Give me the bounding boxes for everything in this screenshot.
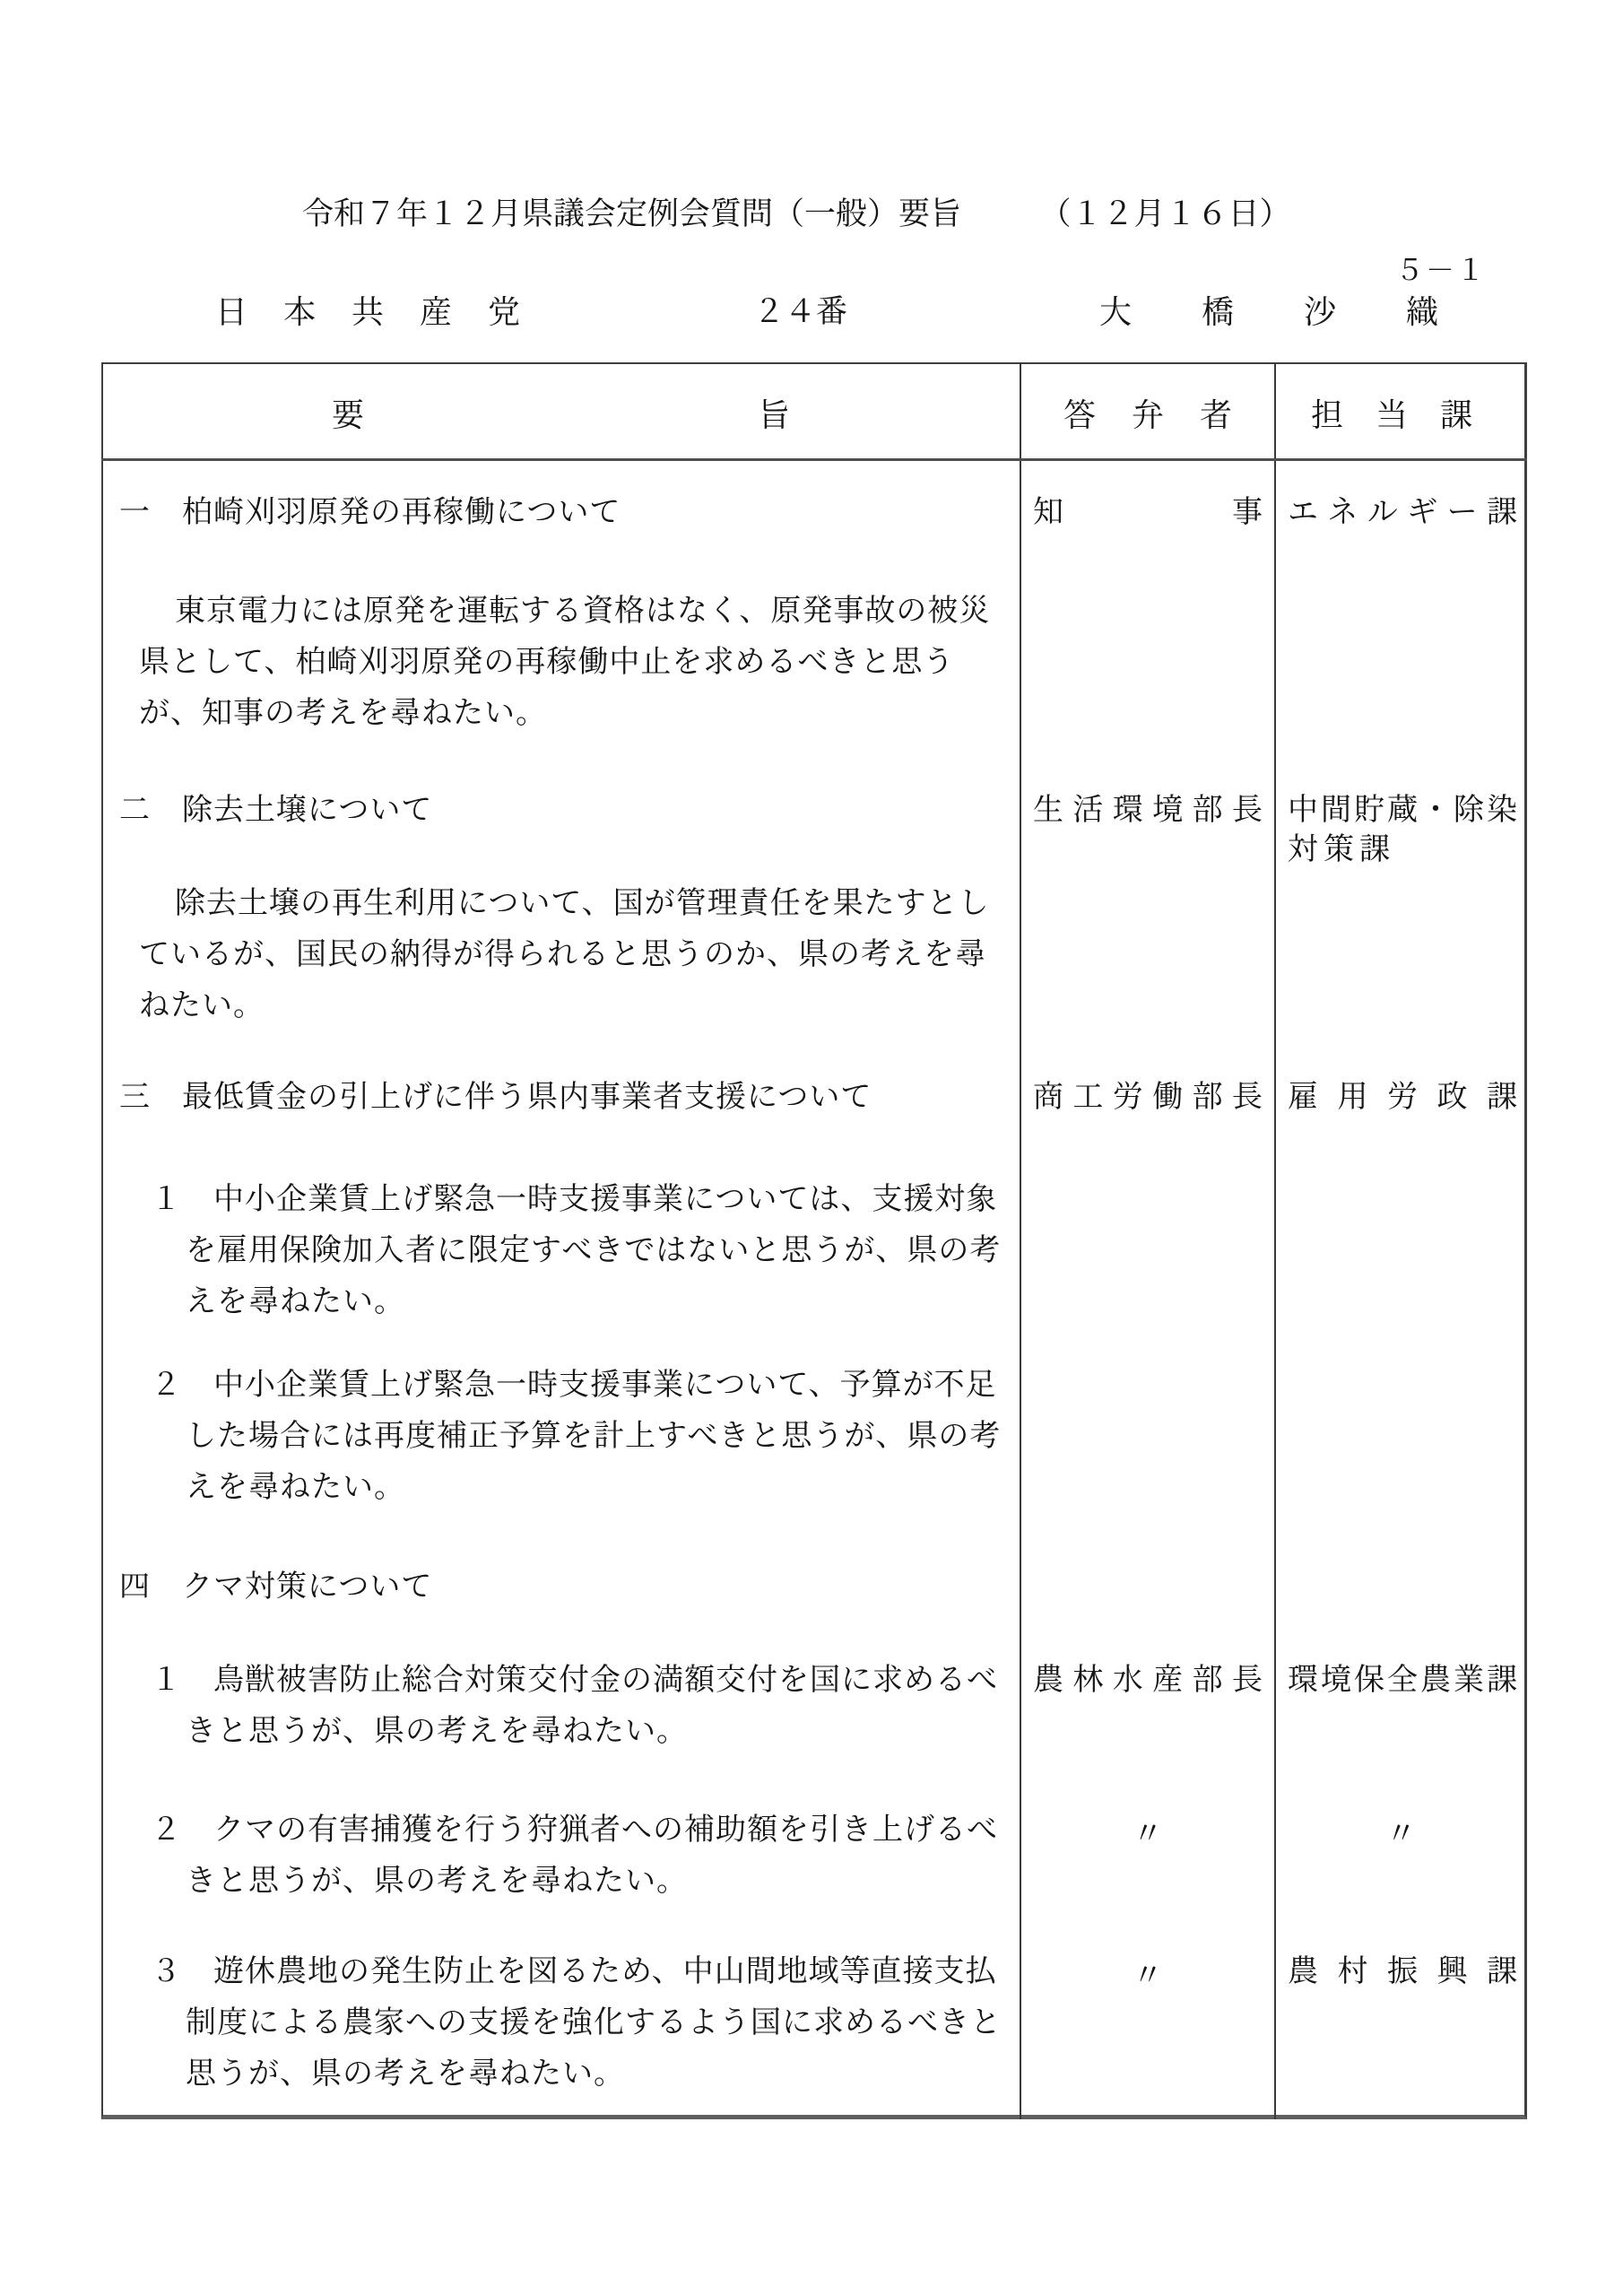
answerer-cell: 商工労働部長 <box>1033 1082 1263 1112</box>
summary-line: を雇用保険加入者に限定すべきではないと思うが、県の考 <box>186 1235 1001 1265</box>
header-answerer: 答弁者 <box>1063 400 1232 432</box>
summary-line: 制度による農家への支援を強化するよう国に求めるべきと <box>186 2007 1002 2038</box>
column-divider-answerer <box>1020 362 1021 2119</box>
summary-line: 思うが、県の考えを尋ねたい。 <box>186 2058 625 2089</box>
department-cell: 環境保全農業課 <box>1288 1665 1517 1695</box>
summary-line: １ 中小企業賃上げ緊急一時支援事業については、支援対象 <box>151 1184 997 1214</box>
party-name: 日 本 共 産 党 <box>215 297 522 329</box>
document-page: 令和７年１２月県議会定例会質問（一般）要旨 （１２月１６日） ５－１ 日 本 共… <box>0 0 1623 2296</box>
summary-line: した場合には再度補正予算を計上すべきと思うが、県の考 <box>186 1421 1001 1451</box>
department-cell: 中間貯蔵・除染 <box>1288 795 1517 825</box>
header-summary-left: 要 <box>332 400 364 432</box>
department-ditto-mark: 〃 <box>1275 1819 1527 1849</box>
summary-line: ３ 遊休農地の発生防止を図るため、中山間地域等直接支払 <box>151 1956 997 1987</box>
department-cell: 農村振興課 <box>1288 1956 1517 1987</box>
department-cell-continued: 対策課 <box>1288 834 1395 865</box>
answerer-cell: 農林水産部長 <box>1033 1665 1263 1695</box>
summary-line: 県として、柏崎刈羽原発の再稼働中止を求めるべきと思う <box>139 647 954 677</box>
answerer-cell: 知事 <box>1033 497 1263 527</box>
header-department: 担当課 <box>1311 400 1472 432</box>
answerer-ditto-mark: 〃 <box>1020 1961 1275 1991</box>
summary-line: ねたい。 <box>139 990 265 1021</box>
summary-line: ２ 中小企業賃上げ緊急一時支援事業について、予算が不足 <box>151 1370 997 1400</box>
member-seat-number: ２４番 <box>753 297 847 328</box>
summary-line: えを尋ねたい。 <box>186 1286 405 1317</box>
member-name: 大 橋 沙 織 <box>1099 297 1457 329</box>
summary-line: 二 除去土壌について <box>119 795 432 825</box>
summary-line: 一 柏崎刈羽原発の再稼働について <box>119 497 621 527</box>
summary-line: ているが、国民の納得が得られると思うのか、県の考えを尋 <box>139 939 986 970</box>
column-divider-department <box>1274 362 1276 2119</box>
summary-line: ２ クマの有害捕獲を行う狩猟者への補助額を引き上げるべ <box>151 1814 998 1845</box>
summary-line: 三 最低賃金の引上げに伴う県内事業者支援について <box>119 1082 872 1112</box>
summary-line: 四 クマ対策について <box>119 1571 432 1602</box>
doc-title: 令和７年１２月県議会定例会質問（一般）要旨 （１２月１６日） <box>302 199 1291 230</box>
summary-line: えを尋ねたい。 <box>186 1472 405 1502</box>
summary-line: １ 鳥獣被害防止総合対策交付金の満額交付を国に求めるべ <box>151 1665 998 1695</box>
summary-line: 除去土壌の再生利用について、国が管理責任を果たすとし <box>175 888 990 918</box>
page-number: ５－１ <box>1395 256 1487 284</box>
department-cell: 雇用労政課 <box>1288 1082 1517 1112</box>
header-summary-right: 旨 <box>758 400 790 432</box>
summary-line: きと思うが、県の考えを尋ねたい。 <box>186 1716 688 1746</box>
summary-line: きと思うが、県の考えを尋ねたい。 <box>186 1865 688 1896</box>
summary-line: が、知事の考えを尋ねたい。 <box>139 698 547 728</box>
department-cell: エネルギー課 <box>1288 497 1517 527</box>
answerer-cell: 生活環境部長 <box>1033 795 1263 825</box>
summary-line: 東京電力には原発を運転する資格はなく、原発事故の被災 <box>175 596 990 626</box>
answerer-ditto-mark: 〃 <box>1020 1819 1275 1849</box>
header-separator <box>101 458 1527 461</box>
